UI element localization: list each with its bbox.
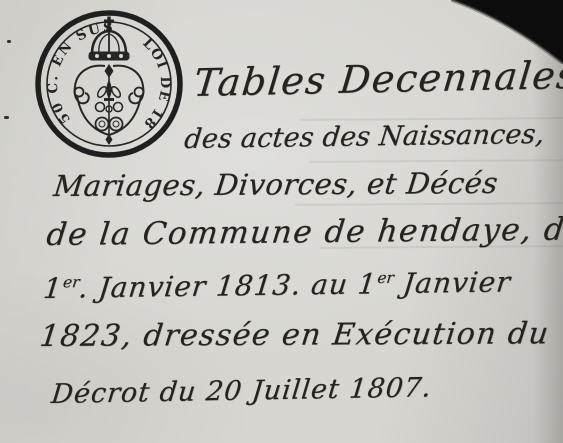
ruled-line bbox=[295, 202, 563, 206]
ink-speck bbox=[7, 40, 11, 43]
handwritten-line-3: Mariages, Divorces, et Décés bbox=[52, 169, 500, 201]
handwritten-line-7: Décrot du 20 Juillet 1807. bbox=[50, 374, 433, 408]
handwritten-line-6: 1823, dressée en Exécution du bbox=[38, 319, 551, 352]
handwritten-line-4: de la Commune de hendaye, du bbox=[45, 214, 563, 251]
document-title-line: Tables Decennales bbox=[192, 56, 563, 102]
ruled-line bbox=[310, 159, 563, 163]
scanned-document-page: 50 C. EN SUS LOI DE 1816. bbox=[0, 0, 563, 443]
title-text: Tables Decennales bbox=[192, 53, 563, 105]
ink-speck bbox=[4, 116, 9, 119]
stamp-seal: 50 C. EN SUS LOI DE 1816. bbox=[33, 8, 185, 160]
handwritten-line-2: des actes des Naissances, bbox=[183, 121, 546, 153]
fleur-de-lis-ornament-icon bbox=[75, 64, 144, 145]
handwritten-line-5: 1er. Janvier 1813. au 1er Janvier bbox=[42, 268, 512, 303]
